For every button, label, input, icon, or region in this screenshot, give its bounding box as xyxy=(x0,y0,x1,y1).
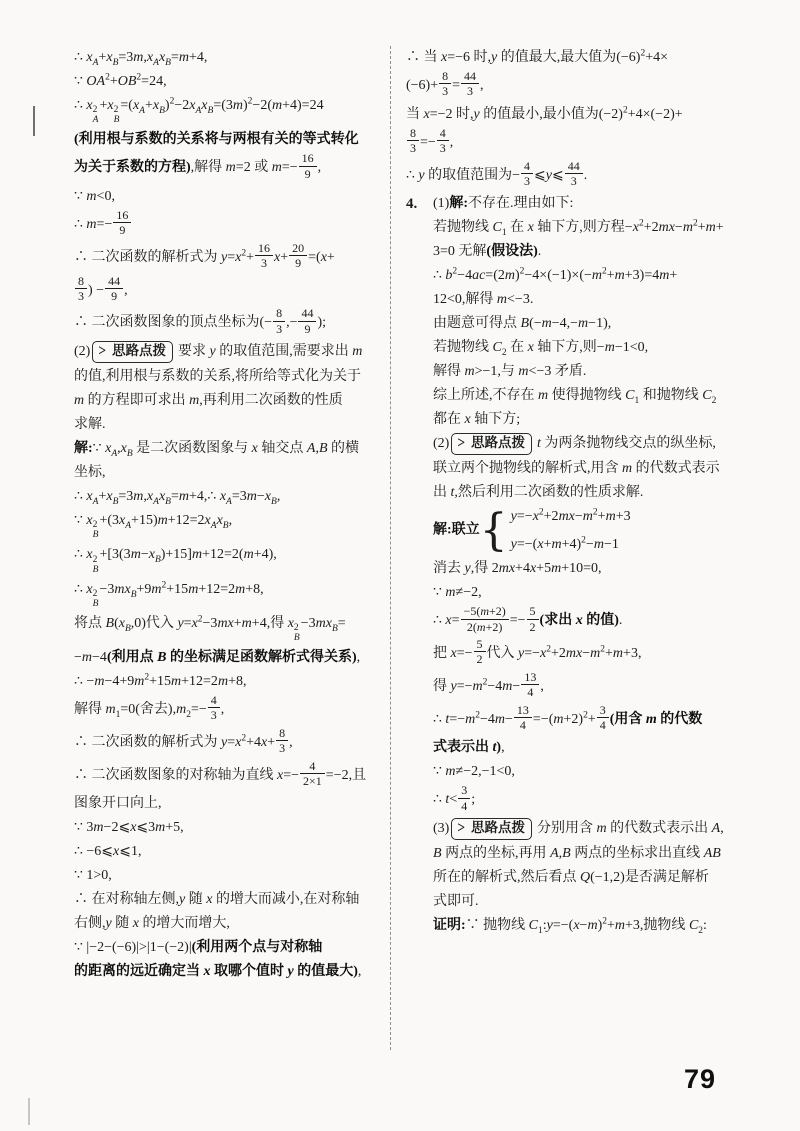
solution-line: 右侧,y 随 x 的增大而增大, xyxy=(74,913,390,934)
fraction: 134 xyxy=(521,670,539,700)
solution-line: ∴ −m−4+9m2+15m+12=2m+8, xyxy=(74,671,390,692)
solution-line: ∴ xA+xB=3m,xAxB=m+4, xyxy=(74,47,390,68)
fraction: 169 xyxy=(299,151,317,181)
solution-line: 12<0,解得 m<−3. xyxy=(433,289,760,310)
solution-line: 若抛物线 C2 在 x 轴下方,则−m−1<0, xyxy=(433,337,760,358)
solution-line: 将点 B(xB,0)代入 y=x2−3mx+m+4,得 x2B−3mxB= xyxy=(74,613,390,644)
book-page: ∴ xA+xB=3m,xAxB=m+4,∵ OA2+OB2=24,∴ x2A+x… xyxy=(0,0,800,1131)
equation-system: {y=−x2+2mx−m2+m+3y=−(x+m+4)2−m−1 xyxy=(480,506,631,555)
solution-line: 的值,利用根与系数的关系,将所给等式化为关于 xyxy=(74,366,390,387)
fraction: 83 xyxy=(273,306,285,336)
solution-line: 出 t,然后利用二次函数的性质求解. xyxy=(433,482,760,503)
solution-line: ∵ 1>0, xyxy=(74,865,390,886)
fraction: 83 xyxy=(407,126,419,156)
brace-icon: { xyxy=(480,512,508,549)
solution-line: ∵ |−2−(−6)|>|1−(−2)|(利用两个点与对称轴 xyxy=(74,937,390,958)
solution-line: 消去 y,得 2mx+4x+5m+10=0, xyxy=(433,558,760,579)
fraction: 43 xyxy=(521,159,533,189)
fraction: 43 xyxy=(208,693,220,723)
solution-line: ∴ b2−4ac=(2m)2−4×(−1)×(−m2+m+3)=4m+ xyxy=(433,265,760,286)
solution-line: B 两点的坐标,再用 A,B 两点的坐标求出直线 AB xyxy=(433,843,760,864)
solution-line: (2)>思路点拨t 为两条抛物线交点的纵坐标, xyxy=(433,433,760,455)
solution-line: 证明:∵ 抛物线 C1:y=−(x−m)2+m+3,抛物线 C2: xyxy=(433,915,760,936)
solution-line: 由题意可得点 B(−m−4,−m−1), xyxy=(433,313,760,334)
fraction: 34 xyxy=(458,783,470,813)
column-left: ∴ xA+xB=3m,xAxB=m+4,∵ OA2+OB2=24,∴ x2A+x… xyxy=(74,44,390,985)
chevron-right-icon: > xyxy=(457,817,465,840)
solution-line: ∴ 当 x=−6 时,y 的值最大,最大值为(−6)2+4× xyxy=(406,47,760,68)
sub-sup: 2B xyxy=(294,624,300,644)
solution-line: 当 x=−2 时,y 的值最小,最小值为(−2)2+4×(−2)+ xyxy=(406,104,760,125)
fraction: 209 xyxy=(289,241,307,271)
solution-line: 所在的解析式,然后看点 Q(−1,2)是否满足解析 xyxy=(433,867,760,888)
hint-label-box: >思路点拨 xyxy=(92,341,173,363)
fraction: 52 xyxy=(527,604,539,634)
solution-line: ∴ t<34; xyxy=(433,785,760,815)
solution-line: 4.(1)解:不存在.理由如下: xyxy=(433,193,760,214)
solution-line: 83) −449, xyxy=(74,276,390,306)
solution-line: ∴ 二次函数图象的对称轴为直线 x=−42×1=−2,且 xyxy=(74,761,390,791)
hint-label-box: >思路点拨 xyxy=(451,818,532,840)
solution-line: ∴ x2B+[3(3m−xB)+15]m+12=2(m+4), xyxy=(74,544,390,575)
column-right: ∴ 当 x=−6 时,y 的值最大,最大值为(−6)2+4×(−6)+83=44… xyxy=(406,44,760,939)
solution-line: (利用根与系数的关系将与两根有关的等式转化 xyxy=(74,129,390,150)
fraction: 449 xyxy=(105,274,123,304)
chevron-right-icon: > xyxy=(457,432,465,455)
solution-line: ∵ 3m−2⩽x⩽3m+5, xyxy=(74,817,390,838)
solution-line: 式即可. xyxy=(433,891,760,912)
solution-line: ∴ x=−5(m+2)2(m+2)=−52(求出 x 的值). xyxy=(433,606,760,636)
solution-line: (3)>思路点拨分别用含 m 的代数式表示出 A, xyxy=(433,818,760,840)
sub-sup: 2B xyxy=(93,521,99,541)
solution-line: 为关于系数的方程),解得 m=2 或 m=−169, xyxy=(74,153,390,183)
fraction: 169 xyxy=(113,208,131,238)
solution-line: 求解. xyxy=(74,414,390,435)
sub-sup: 2B xyxy=(114,106,120,126)
solution-line: 3=0 无解(假设法). xyxy=(433,241,760,262)
fraction: 134 xyxy=(514,703,532,733)
solution-line: ∵ m≠−2,−1<0, xyxy=(433,761,760,782)
margin-tick-icon xyxy=(28,1098,30,1125)
solution-line: ∵ OA2+OB2=24, xyxy=(74,71,390,92)
solution-line: ∴ m=−169 xyxy=(74,210,390,240)
solution-line: 得 y=−m2−4m−134, xyxy=(433,672,760,702)
column-divider xyxy=(390,46,391,1050)
solution-line: ∴ 在对称轴左侧,y 随 x 的增大而减小,在对称轴 xyxy=(74,889,390,910)
solution-line: −m−4(利用点 B 的坐标满足函数解析式得关系), xyxy=(74,647,390,668)
solution-line: 都在 x 轴下方; xyxy=(433,409,760,430)
fraction: 83 xyxy=(276,726,288,756)
sub-sup: 2B xyxy=(93,590,99,610)
solution-line: 解得 m1=0(舍去),m2=−43, xyxy=(74,695,390,725)
sub-sup: 2A xyxy=(93,106,99,126)
solution-line: ∴ 二次函数的解析式为 y=x2+4x+83, xyxy=(74,728,390,758)
solution-line: ∴ x2B−3mxB+9m2+15m+12=2m+8, xyxy=(74,579,390,610)
margin-tick-icon xyxy=(33,106,35,136)
fraction: 83 xyxy=(75,274,87,304)
fraction: 43 xyxy=(437,126,449,156)
solution-line: 图象开口向上, xyxy=(74,793,390,814)
solution-line: 解:联立{y=−x2+2mx−m2+m+3y=−(x+m+4)2−m−1 xyxy=(433,506,760,555)
solution-line: ∵ x2B+(3xA+15)m+12=2xAxB, xyxy=(74,510,390,541)
solution-line: 83=−43, xyxy=(406,128,760,158)
problem-number: 4. xyxy=(406,193,417,216)
solution-line: 解:∵ xA,xB 是二次函数图象与 x 轴交点 A,B 的横 xyxy=(74,438,390,459)
solution-line: (2)>思路点拨要求 y 的取值范围,需要求出 m xyxy=(74,341,390,363)
fraction: 52 xyxy=(474,637,486,667)
solution-line: 综上所述,不存在 m 使得抛物线 C1 和抛物线 C2 xyxy=(433,385,760,406)
solution-line: 的距离的远近确定当 x 取哪个值时 y 的值最大), xyxy=(74,961,390,982)
solution-line: (−6)+83=443, xyxy=(406,71,760,101)
fraction: 42×1 xyxy=(300,759,325,789)
fraction: 443 xyxy=(565,159,583,189)
solution-line: ∴ y 的取值范围为−43⩽y⩽443. xyxy=(406,161,760,191)
fraction: 163 xyxy=(255,241,273,271)
fraction: 449 xyxy=(298,306,316,336)
solution-line: ∴ t=−m2−4m−134=−(m+2)2+34(用含 m 的代数 xyxy=(433,705,760,735)
solution-line: 联立两个抛物线的解析式,用含 m 的代数式表示 xyxy=(433,458,760,479)
solution-line: ∴ 二次函数的解析式为 y=x2+163x+209=(x+ xyxy=(74,243,390,273)
fraction: −5(m+2)2(m+2) xyxy=(461,604,509,634)
solution-line: ∴ 二次函数图象的顶点坐标为(−83,−449); xyxy=(74,308,390,338)
solution-line: 把 x=−52代入 y=−x2+2mx−m2+m+3, xyxy=(433,639,760,669)
sub-sup: 2B xyxy=(93,556,99,576)
solution-line: ∴ xA+xB=3m,xAxB=m+4,∴ xA=3m−xB, xyxy=(74,486,390,507)
solution-line: ∵ m<0, xyxy=(74,186,390,207)
solution-line: 解得 m>−1,与 m<−3 矛盾. xyxy=(433,361,760,382)
fraction: 443 xyxy=(461,69,479,99)
chevron-right-icon: > xyxy=(98,340,106,363)
solution-line: 若抛物线 C1 在 x 轴下方,则方程−x2+2mx−m2+m+ xyxy=(433,217,760,238)
solution-line: m 的方程即可求出 m,再利用二次函数的性质 xyxy=(74,390,390,411)
solution-line: ∵ m≠−2, xyxy=(433,582,760,603)
solution-line: ∴ x2A+x2B=(xA+xB)2−2xAxB=(3m)2−2(m+4)=24 xyxy=(74,95,390,126)
page-number: 79 xyxy=(684,1064,716,1095)
solution-line: 式表示出 t), xyxy=(433,737,760,758)
solution-line: ∴ −6⩽x⩽1, xyxy=(74,841,390,862)
fraction: 34 xyxy=(597,703,609,733)
fraction: 83 xyxy=(439,69,451,99)
hint-label-box: >思路点拨 xyxy=(451,433,532,455)
solution-line: 坐标, xyxy=(74,462,390,483)
